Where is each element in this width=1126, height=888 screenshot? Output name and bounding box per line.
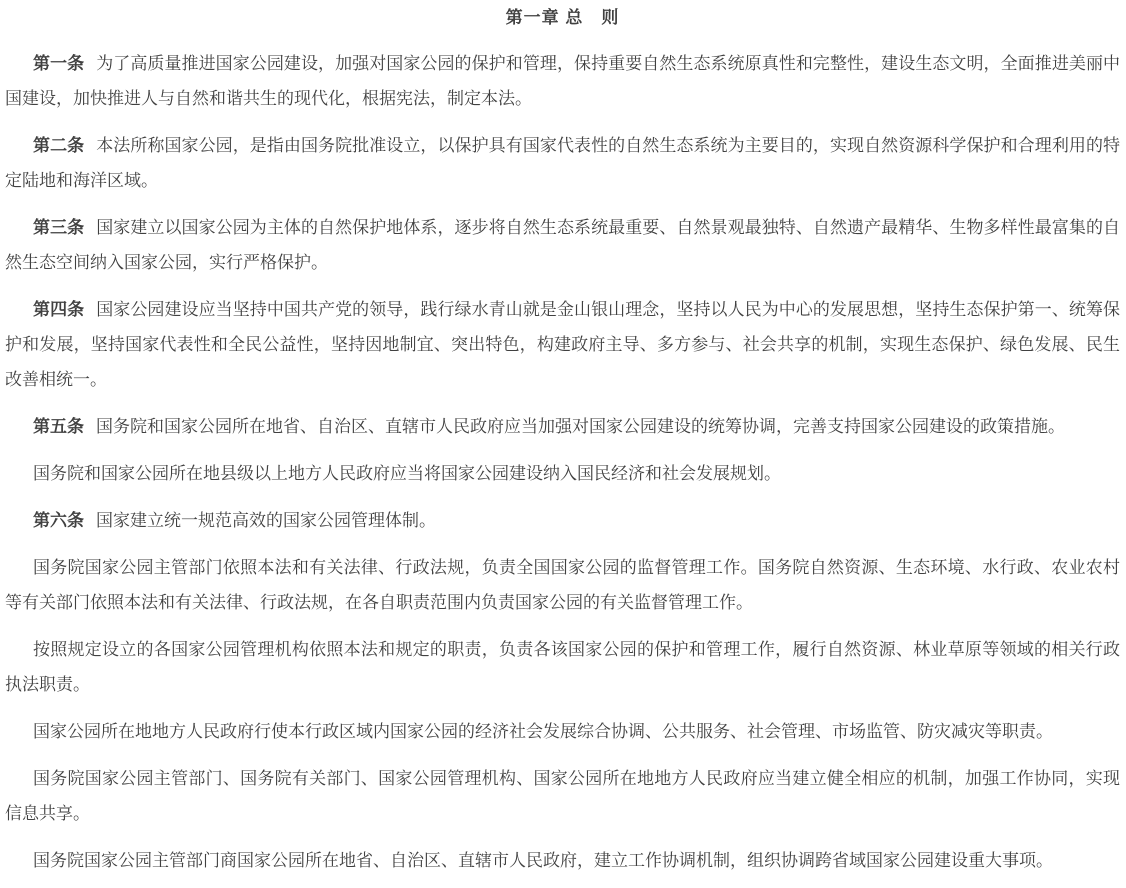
article-text: 国务院和国家公园所在地县级以上地方人民政府应当将国家公园建设纳入国民经济和社会发… xyxy=(33,464,781,483)
article-text: 国家公园建设应当坚持中国共产党的领导，践行绿水青山就是金山银山理念，坚持以人民为… xyxy=(5,300,1120,389)
law-paragraph-article-3: 第三条国家建立以国家公园为主体的自然保护地体系，逐步将自然生态系统最重要、自然景… xyxy=(5,210,1120,280)
law-paragraph-article-5-clause-2: 国务院和国家公园所在地县级以上地方人民政府应当将国家公园建设纳入国民经济和社会发… xyxy=(5,456,1120,491)
article-number: 第一条 xyxy=(33,54,84,73)
law-paragraph-article-6-clause-3: 按照规定设立的各国家公园管理机构依照本法和规定的职责，负责各该国家公园的保护和管… xyxy=(5,632,1120,702)
article-text: 国务院国家公园主管部门依照本法和有关法律、行政法规，负责全国国家公园的监督管理工… xyxy=(5,558,1120,612)
article-text: 国务院国家公园主管部门、国务院有关部门、国家公园管理机构、国家公园所在地地方人民… xyxy=(5,769,1120,823)
article-text: 国务院和国家公园所在地省、自治区、直辖市人民政府应当加强对国家公园建设的统筹协调… xyxy=(96,417,1065,436)
article-number: 第二条 xyxy=(33,136,84,155)
article-text: 按照规定设立的各国家公园管理机构依照本法和规定的职责，负责各该国家公园的保护和管… xyxy=(5,640,1120,694)
law-paragraph-article-1: 第一条为了高质量推进国家公园建设，加强对国家公园的保护和管理，保持重要自然生态系… xyxy=(5,46,1120,116)
article-text: 本法所称国家公园，是指由国务院批准设立，以保护具有国家代表性的自然生态系统为主要… xyxy=(5,136,1120,190)
law-paragraph-article-4: 第四条国家公园建设应当坚持中国共产党的领导，践行绿水青山就是金山银山理念，坚持以… xyxy=(5,292,1120,397)
article-text: 国家建立统一规范高效的国家公园管理体制。 xyxy=(96,511,436,530)
law-paragraph-article-6-clause-6: 国务院国家公园主管部门商国家公园所在地省、自治区、直辖市人民政府，建立工作协调机… xyxy=(5,843,1120,878)
article-text: 为了高质量推进国家公园建设，加强对国家公园的保护和管理，保持重要自然生态系统原真… xyxy=(5,54,1120,108)
law-paragraph-article-2: 第二条本法所称国家公园，是指由国务院批准设立，以保护具有国家代表性的自然生态系统… xyxy=(5,128,1120,198)
article-text: 国务院国家公园主管部门商国家公园所在地省、自治区、直辖市人民政府，建立工作协调机… xyxy=(33,851,1053,870)
law-document: 第一章 总 则 第一条为了高质量推进国家公园建设，加强对国家公园的保护和管理，保… xyxy=(0,0,1126,888)
article-number: 第三条 xyxy=(33,218,84,237)
article-number: 第四条 xyxy=(33,300,84,319)
article-text: 国家建立以国家公园为主体的自然保护地体系，逐步将自然生态系统最重要、自然景观最独… xyxy=(5,218,1120,272)
law-paragraph-article-5: 第五条国务院和国家公园所在地省、自治区、直辖市人民政府应当加强对国家公园建设的统… xyxy=(5,409,1120,444)
article-number: 第六条 xyxy=(33,511,84,530)
law-paragraph-article-6-clause-2: 国务院国家公园主管部门依照本法和有关法律、行政法规，负责全国国家公园的监督管理工… xyxy=(5,550,1120,620)
law-paragraph-article-6: 第六条国家建立统一规范高效的国家公园管理体制。 xyxy=(5,503,1120,538)
law-paragraph-article-6-clause-4: 国家公园所在地地方人民政府行使本行政区域内国家公园的经济社会发展综合协调、公共服… xyxy=(5,714,1120,749)
chapter-title: 第一章 总 则 xyxy=(5,6,1120,30)
article-text: 国家公园所在地地方人民政府行使本行政区域内国家公园的经济社会发展综合协调、公共服… xyxy=(33,722,1053,741)
law-paragraph-article-6-clause-5: 国务院国家公园主管部门、国务院有关部门、国家公园管理机构、国家公园所在地地方人民… xyxy=(5,761,1120,831)
article-number: 第五条 xyxy=(33,417,84,436)
